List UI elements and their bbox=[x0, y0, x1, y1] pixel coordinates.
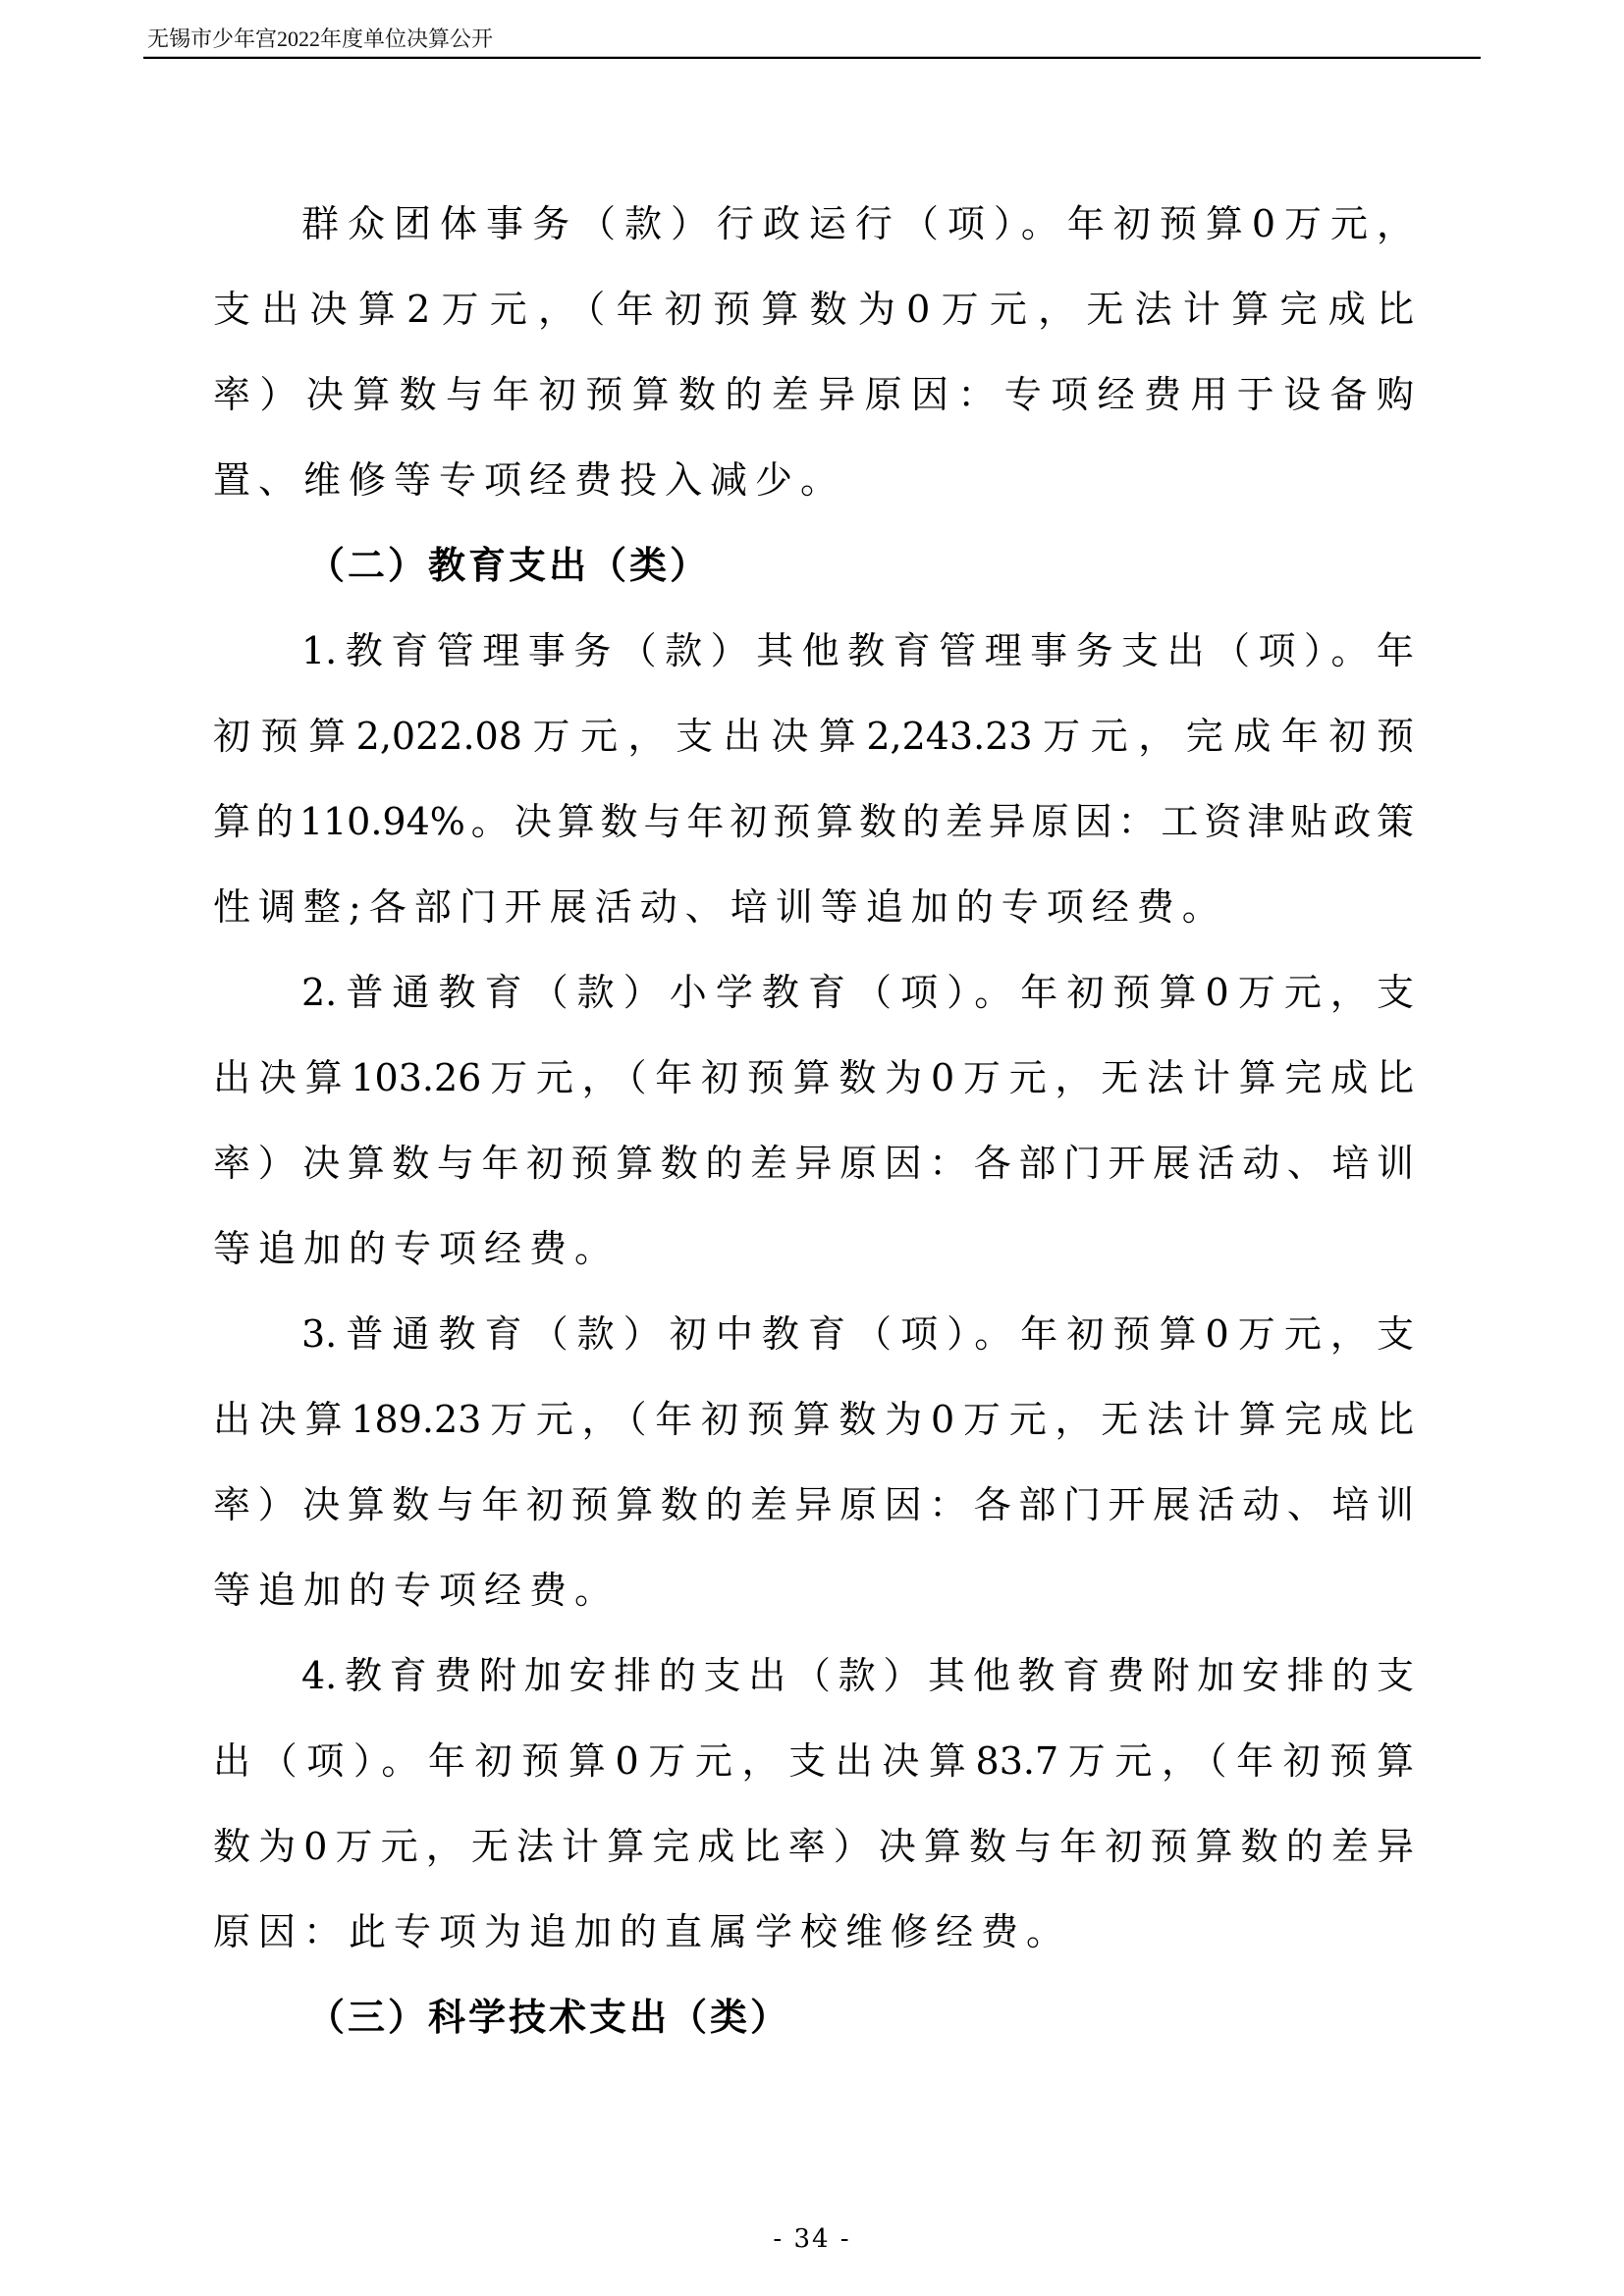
text-line: 置、维修等专项经费投入减少。 bbox=[213, 438, 1414, 523]
text-line: 出（项）。年初预算0万元，支出决算83.7万元，（年初预算 bbox=[213, 1719, 1414, 1804]
paragraph-education-management: 1.教育管理事务（款）其他教育管理事务支出（项）。年 初预算2,022.08万元… bbox=[213, 609, 1414, 950]
paragraph-education-surcharge: 4.教育费附加安排的支出（款）其他教育费附加安排的支 出（项）。年初预算0万元，… bbox=[213, 1633, 1414, 1975]
paragraph-primary-education: 2.普通教育（款）小学教育（项）。年初预算0万元，支 出决算103.26万元，（… bbox=[213, 950, 1414, 1292]
text-line: 支出决算2万元，（年初预算数为0万元，无法计算完成比 bbox=[213, 267, 1414, 352]
document-body: 群众团体事务（款）行政运行（项）。年初预算0万元， 支出决算2万元，（年初预算数… bbox=[213, 182, 1414, 2060]
text-line: 等追加的专项经费。 bbox=[213, 1548, 1414, 1633]
page-number-text: - 34 - bbox=[773, 2222, 850, 2256]
page-number: - 34 - bbox=[0, 2222, 1624, 2256]
text-line: 原因：此专项为追加的直属学校维修经费。 bbox=[213, 1890, 1414, 1975]
section-heading-education: （二）教育支出（类） bbox=[213, 523, 1414, 609]
text-line: 出决算103.26万元，（年初预算数为0万元，无法计算完成比 bbox=[213, 1036, 1414, 1121]
paragraph-mass-organization-admin: 群众团体事务（款）行政运行（项）。年初预算0万元， 支出决算2万元，（年初预算数… bbox=[213, 182, 1414, 523]
text-line: 3.普通教育（款）初中教育（项）。年初预算0万元，支 bbox=[213, 1292, 1414, 1377]
text-line: 率）决算数与年初预算数的差异原因：各部门开展活动、培训 bbox=[213, 1463, 1414, 1548]
section-heading-science-technology: （三）科学技术支出（类） bbox=[213, 1975, 1414, 2060]
text-line: 率）决算数与年初预算数的差异原因：各部门开展活动、培训 bbox=[213, 1121, 1414, 1206]
text-line: 2.普通教育（款）小学教育（项）。年初预算0万元，支 bbox=[213, 950, 1414, 1036]
paragraph-junior-high-education: 3.普通教育（款）初中教育（项）。年初预算0万元，支 出决算189.23万元，（… bbox=[213, 1292, 1414, 1633]
header-divider bbox=[143, 57, 1481, 59]
document-header-title: 无锡市少年宫2022年度单位决算公开 bbox=[147, 26, 493, 53]
text-line: 4.教育费附加安排的支出（款）其他教育费附加安排的支 bbox=[213, 1633, 1414, 1719]
text-line: 性调整;各部门开展活动、培训等追加的专项经费。 bbox=[213, 865, 1414, 950]
text-line: 算的110.94%。决算数与年初预算数的差异原因：工资津贴政策 bbox=[213, 779, 1414, 865]
text-line: 率）决算数与年初预算数的差异原因：专项经费用于设备购 bbox=[213, 352, 1414, 438]
text-line: 1.教育管理事务（款）其他教育管理事务支出（项）。年 bbox=[213, 609, 1414, 694]
text-line: 出决算189.23万元，（年初预算数为0万元，无法计算完成比 bbox=[213, 1377, 1414, 1463]
text-line: 等追加的专项经费。 bbox=[213, 1206, 1414, 1292]
text-line: 初预算2,022.08万元，支出决算2,243.23万元，完成年初预 bbox=[213, 694, 1414, 779]
text-line: 数为0万元，无法计算完成比率）决算数与年初预算数的差异 bbox=[213, 1804, 1414, 1890]
text-line: 群众团体事务（款）行政运行（项）。年初预算0万元， bbox=[213, 182, 1414, 267]
